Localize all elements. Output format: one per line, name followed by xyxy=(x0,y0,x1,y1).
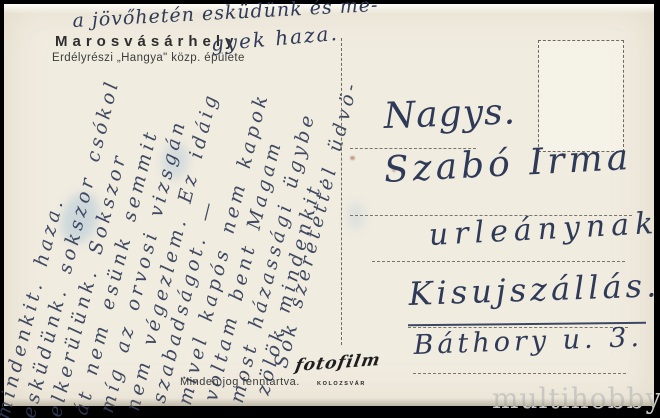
address-honorific: Nagys. xyxy=(383,91,517,137)
address-rule-line xyxy=(413,373,626,374)
address-street: Báthory u. 3. xyxy=(413,322,643,361)
address-rule-line xyxy=(372,261,625,262)
watermark-text: multihobby xyxy=(492,382,660,415)
photo-frame: { "card": { "title": "Marosvásárhely", "… xyxy=(0,0,660,418)
handwritten-top-note-line2: gyek haza. xyxy=(210,21,340,56)
address-name: Szabó Irma xyxy=(383,137,633,191)
message-address-divider-line xyxy=(341,38,342,345)
stamp-placeholder-box xyxy=(538,40,624,152)
address-city: Kisujszállás. xyxy=(408,266,660,313)
ink-smudge xyxy=(347,202,365,230)
postcard-back: Marosvásárhely Erdélyrészi „Hangya" közp… xyxy=(4,4,654,406)
paper-fleck xyxy=(350,156,355,160)
rights-notice: Minden jog fenntartva. xyxy=(180,376,300,388)
address-title: urleánynak. xyxy=(428,205,660,253)
publisher-logo: fotofilm xyxy=(293,350,382,376)
publisher-city: KOLOZSVÁR xyxy=(317,381,366,387)
